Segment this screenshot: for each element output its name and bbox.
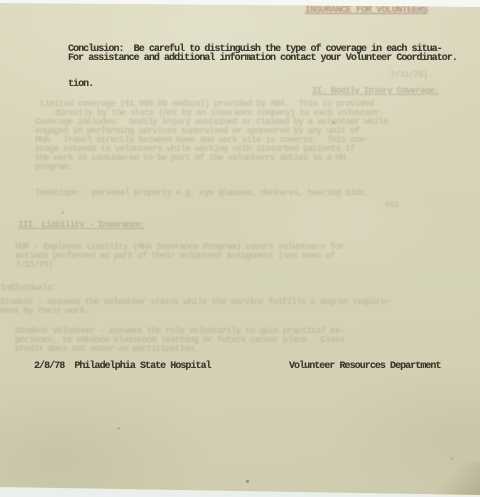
footer-organization: Philadelphia State Hospital [74,361,210,373]
bleed-through-line: credit does not occur as participation. [15,345,198,354]
footer-department: Volunteer Resources Department [289,361,441,373]
bleed-through-title: INSURANCE FOR VOLUNTEERS [305,4,427,15]
paper-specks [0,0,1,1]
conclusion-line-2: tion. [68,79,442,91]
footer-left: 2/8/78 Philadelphia State Hospital [34,361,211,373]
footer-date: 2/8/78 [34,361,64,373]
bleed-through-line: ment by their work. [0,307,89,316]
scanned-document-page: INSURANCE FOR VOLUNTEERS 7/31/75). II. B… [0,0,480,497]
bleed-through-line: program. [35,163,73,172]
assistance-paragraph: For assistance and additional informatio… [68,53,457,65]
bleed-through-line: 7/31/75). [15,261,57,270]
bleed-through-heading: III. Liability - Insurance: [18,221,145,230]
bleed-through-line: etc. [385,201,404,210]
bleed-through-line: Technique: personal property e.g. eye gl… [35,189,369,198]
bleed-through-line: Individuals: [0,284,56,293]
paper-corner-shadow [434,461,480,495]
bleed-through-line: the work is considered to be part of the… [35,154,345,163]
bleed-through-line: actions performed as part of their volun… [15,252,335,261]
scan-background: { "colors": { "paper": "#d6d3b7", "ink":… [0,0,480,497]
conclusion-paragraph: Conclusion: Be careful to distinguish th… [68,21,442,113]
